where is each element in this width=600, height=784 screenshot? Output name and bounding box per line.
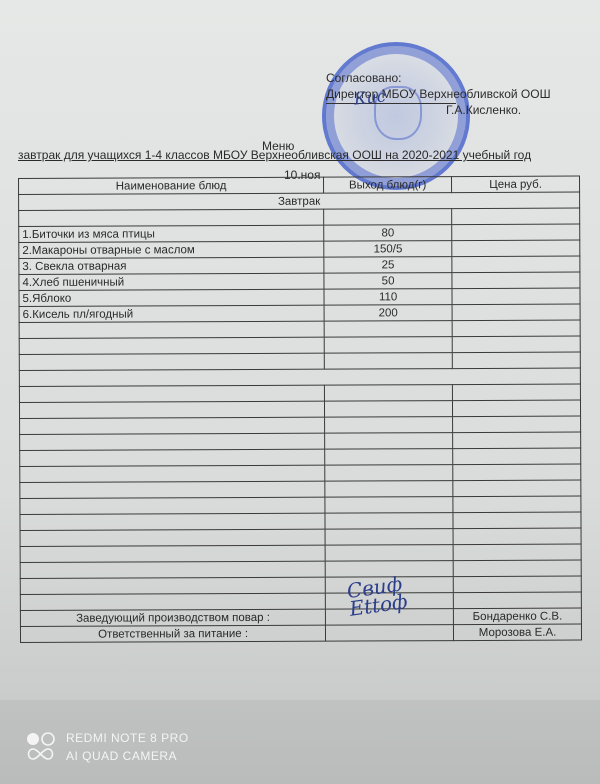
empty-cell	[453, 432, 581, 449]
empty-cell	[453, 592, 581, 609]
dish-name: 1.Биточки из мяса птицы	[19, 225, 324, 242]
empty-cell	[325, 449, 453, 466]
dish-price	[452, 272, 580, 289]
empty-cell	[19, 401, 324, 418]
empty-cell	[325, 545, 453, 562]
dish-price	[452, 224, 580, 241]
empty-cell	[453, 400, 581, 417]
dish-weight: 150/5	[324, 241, 452, 258]
dish-weight: 50	[324, 273, 452, 290]
staff-signatures: СвифЕttоф	[346, 574, 409, 618]
empty-cell	[452, 336, 580, 353]
empty-cell	[453, 480, 581, 497]
empty-cell	[20, 417, 325, 434]
empty-cell	[325, 529, 453, 546]
signature-cell	[326, 625, 454, 642]
empty-cell	[453, 464, 581, 481]
header-weight: Выход блюд(г)	[324, 177, 452, 194]
empty-cell	[453, 576, 581, 593]
empty-cell	[19, 321, 324, 338]
approval-heading: Согласовано:	[326, 70, 551, 86]
dish-price	[452, 288, 580, 305]
document-page: Согласовано: Директор МБОУ Верхнеобливск…	[0, 0, 600, 700]
director-signature: Кис	[353, 86, 386, 108]
empty-cell	[325, 465, 453, 482]
empty-cell	[453, 448, 581, 465]
empty-cell	[324, 353, 452, 370]
footer-row-responsible: Ответственный за питание :Морозова Е.А.	[20, 624, 581, 642]
empty-cell	[20, 577, 325, 594]
camera-feature: AI QUAD CAMERA	[66, 747, 189, 765]
camera-model: REDMI NOTE 8 PRO	[66, 729, 189, 747]
chef-label: Заведующий производством повар :	[20, 609, 325, 626]
empty-cell	[452, 384, 580, 401]
menu-subtitle: завтрак для учащихся 1-4 классов МБОУ Ве…	[18, 148, 531, 162]
empty-cell	[20, 433, 325, 450]
dish-weight: 80	[324, 225, 452, 242]
empty-cell	[20, 481, 325, 498]
empty-cell	[452, 352, 580, 369]
dish-name: 3. Свекла отварная	[19, 257, 324, 274]
empty-cell	[325, 497, 453, 514]
empty-cell	[20, 497, 325, 514]
header-dish-name: Наименование блюд	[19, 177, 324, 194]
camera-logo-icon	[26, 731, 56, 763]
empty-cell	[20, 529, 325, 546]
empty-cell	[453, 496, 581, 513]
dish-name: 4.Хлеб пшеничный	[19, 273, 324, 290]
empty-cell	[453, 512, 581, 529]
responsible-name: Морозова Е.А.	[454, 624, 582, 641]
empty-cell	[453, 528, 581, 545]
dish-name: 6.Кисель пл/ягодный	[19, 305, 324, 322]
empty-cell	[453, 544, 581, 561]
empty-cell	[453, 560, 581, 577]
empty-cell	[19, 337, 324, 354]
empty-cell	[325, 433, 453, 450]
empty-cell	[20, 449, 325, 466]
dish-name: 2.Макароны отварные с маслом	[19, 241, 324, 258]
dish-name: 5.Яблоко	[19, 289, 324, 306]
header-price: Цена руб.	[452, 176, 580, 193]
empty-cell	[20, 545, 325, 562]
signature-line	[326, 103, 456, 104]
empty-cell	[325, 385, 453, 402]
empty-cell	[325, 401, 453, 418]
empty-cell	[20, 561, 325, 578]
dish-price	[452, 256, 580, 273]
dish-weight: 110	[324, 289, 452, 306]
empty-cell	[325, 481, 453, 498]
dish-price	[452, 240, 580, 257]
empty-cell	[20, 465, 325, 482]
responsible-label: Ответственный за питание :	[20, 625, 325, 642]
empty-cell	[325, 417, 453, 434]
chef-name: Бондаренко С.В.	[453, 608, 581, 625]
empty-cell	[324, 337, 452, 354]
empty-cell	[20, 593, 325, 610]
empty-cell	[453, 416, 581, 433]
dish-weight: 200	[324, 305, 452, 322]
dish-price	[452, 304, 580, 321]
empty-cell	[325, 513, 453, 530]
menu-table: Наименование блюд Выход блюд(г) Цена руб…	[18, 176, 582, 643]
empty-cell	[20, 513, 325, 530]
empty-cell	[19, 353, 324, 370]
dish-weight: 25	[324, 257, 452, 274]
empty-cell	[19, 385, 324, 402]
empty-cell	[324, 321, 452, 338]
empty-cell	[452, 320, 580, 337]
